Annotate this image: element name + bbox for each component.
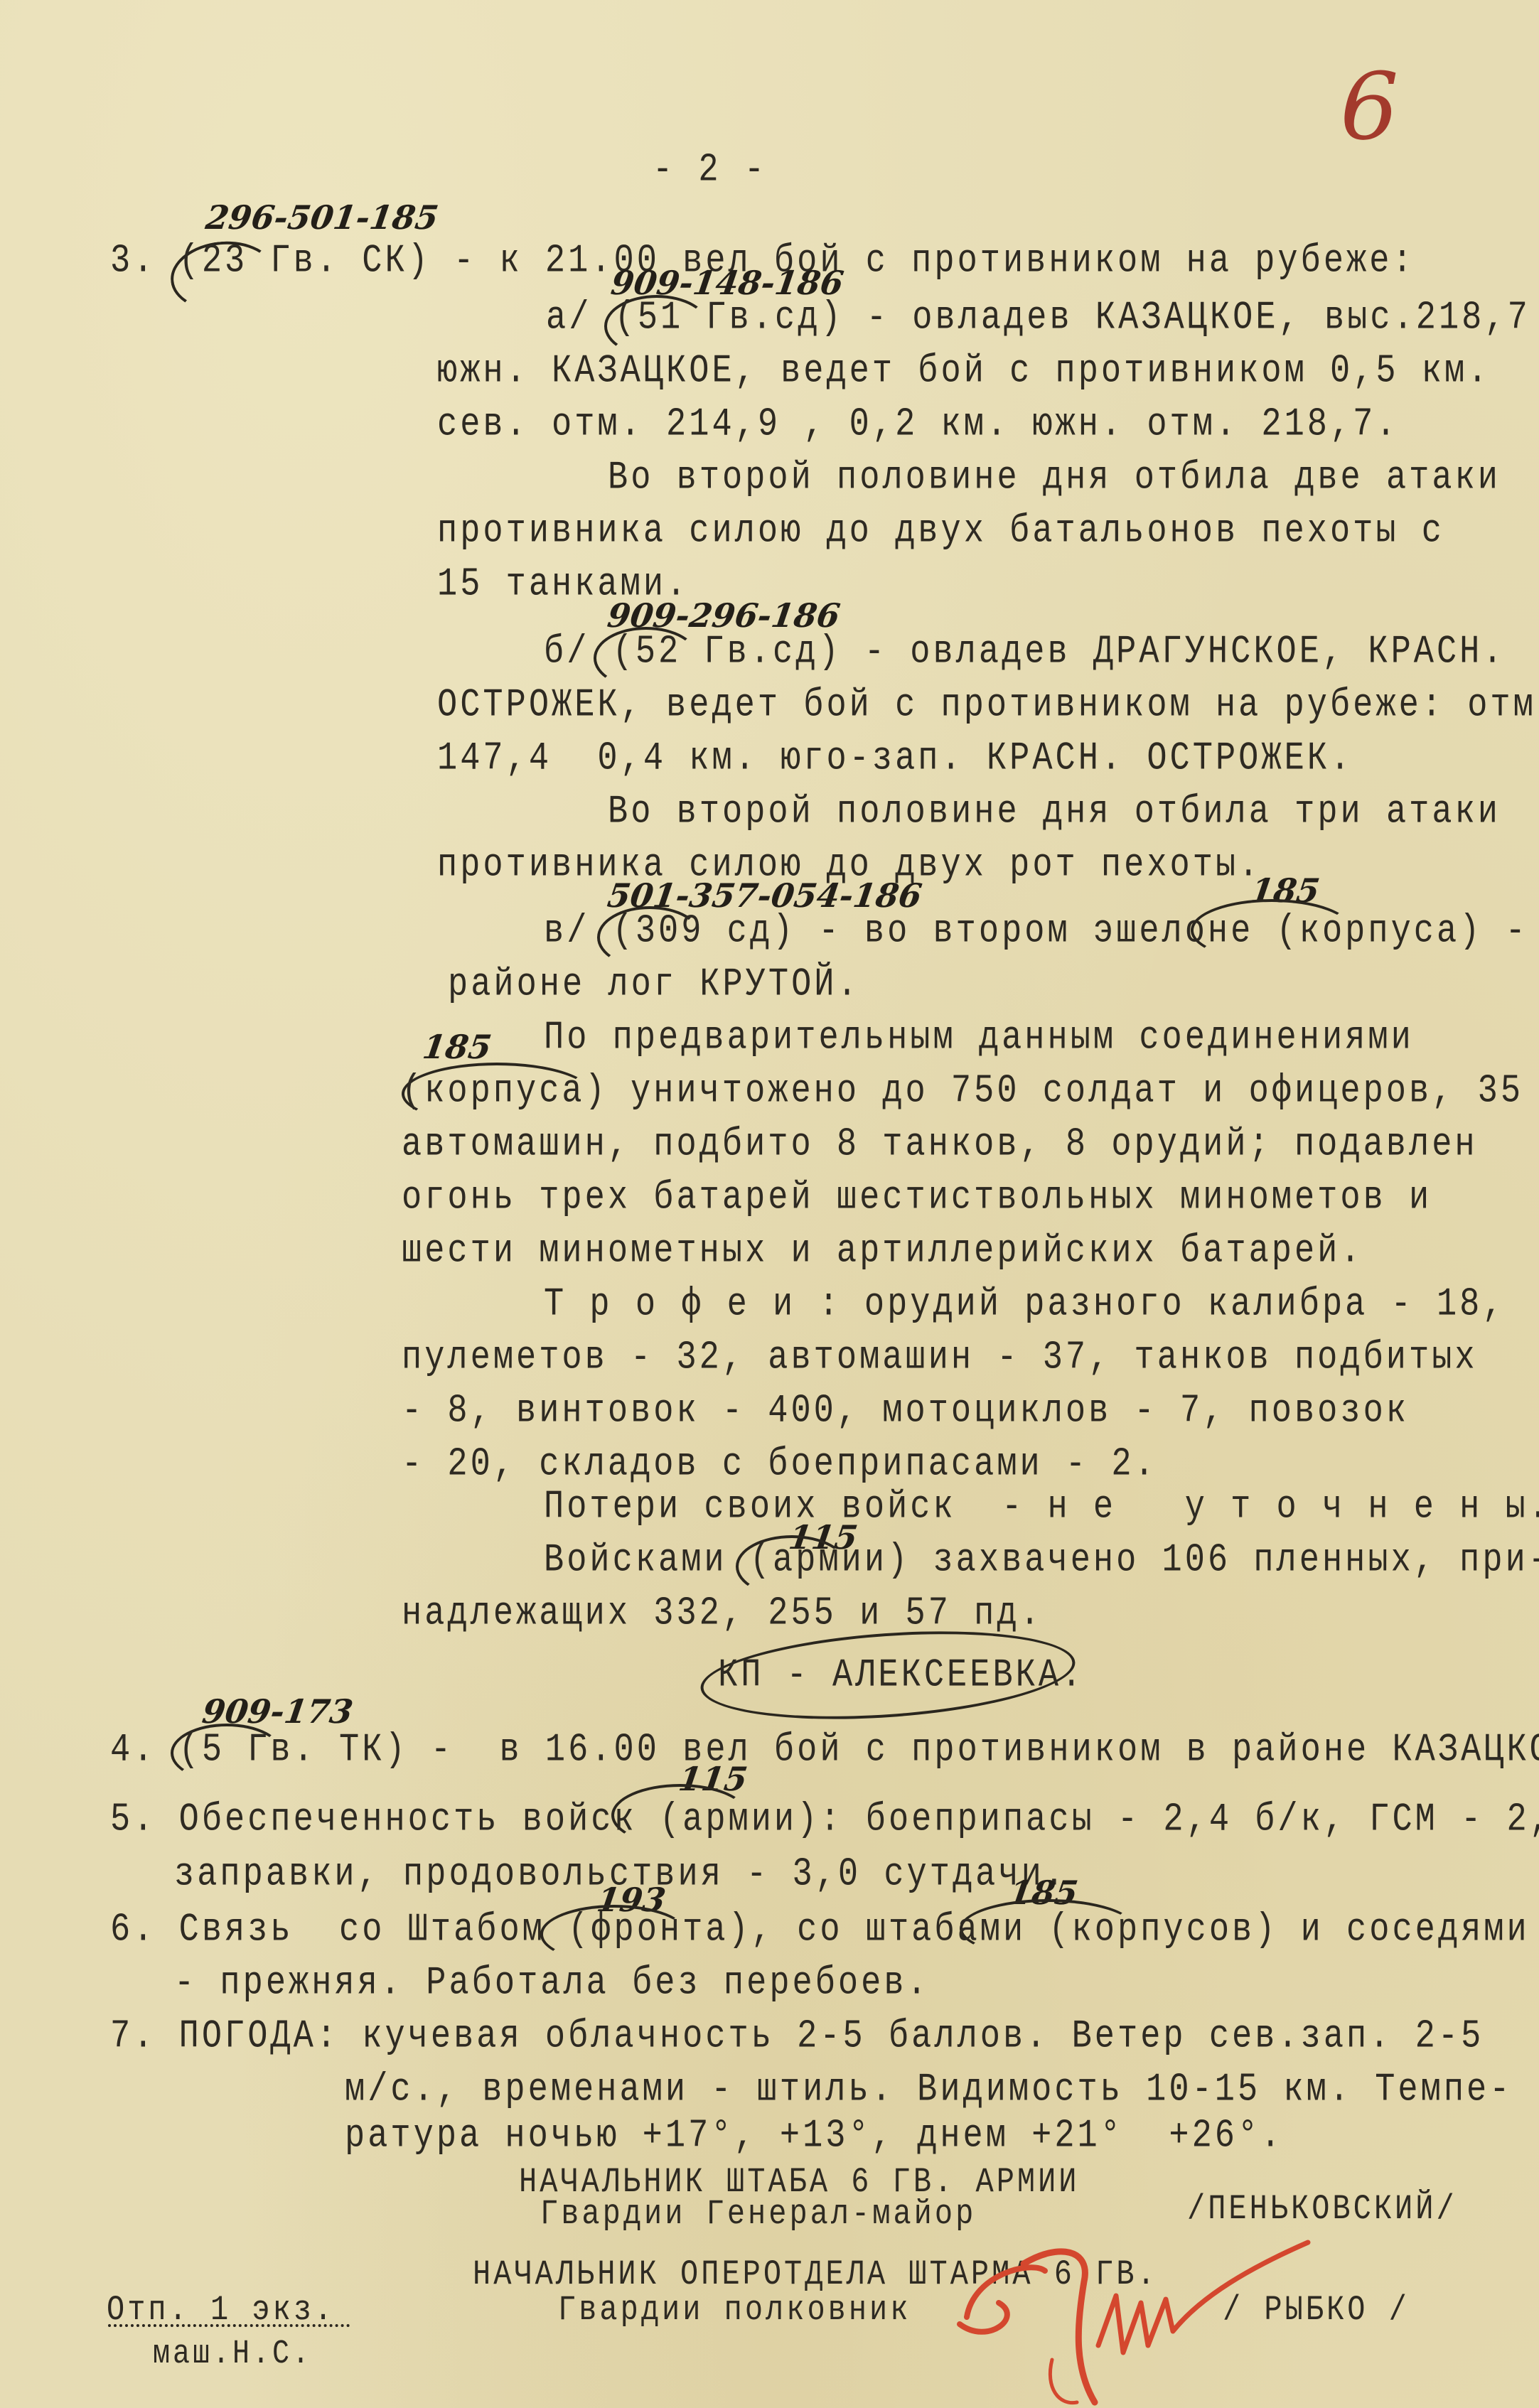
section-3v-line: в/ (309 сд) - во втором эшелоне (корпуса…	[544, 912, 1539, 951]
handwritten-annotation: 185	[421, 1031, 493, 1063]
trophies-line: пулеметов - 32, автомашин - 37, танков п…	[402, 1338, 1478, 1377]
results-line: огонь трех батарей шестиствольных миноме…	[402, 1178, 1432, 1218]
section-3a-line: Во второй половине дня отбила две атаки	[608, 458, 1501, 498]
copies-underline	[108, 2324, 350, 2327]
results-line: (корпуса) уничтожено до 750 солдат и офи…	[402, 1072, 1523, 1111]
section-6-line: - прежняя. Работала без перебоев.	[174, 1964, 930, 2003]
red-ink-signature	[945, 2239, 1344, 2408]
archive-page-number: 6	[1340, 60, 1399, 153]
trophies-line: - 8, винтовок - 400, мотоциклов - 7, пов…	[402, 1392, 1409, 1431]
command-post: КП - АЛЕКСЕЕВКА.	[718, 1656, 1084, 1695]
chief-of-staff-name: /ПЕНЬКОВСКИЙ/	[1187, 2191, 1457, 2227]
section-3a-line: а/ (51 Гв.сд) - овладев КАЗАЦКОЕ, выс.21…	[546, 299, 1530, 338]
prisoners-line: Войсками (армии) захвачено 106 пленных, …	[544, 1541, 1539, 1580]
results-line: По предварительным данным соединениями	[544, 1018, 1414, 1058]
section-7-line: 7. ПОГОДА: кучевая облачность 2-5 баллов…	[110, 2017, 1484, 2056]
section-3a-line: южн. КАЗАЦКОЕ, ведет бой с противником 0…	[437, 352, 1490, 391]
copies-note: Отп. 1 экз.	[107, 2292, 335, 2328]
losses-line: Потери своих войск - н е у т о ч н е н ы…	[544, 1488, 1539, 1527]
section-3b-line: б/ (52 Гв.сд) - овладев ДРАГУНСКОЕ, КРАС…	[544, 633, 1506, 672]
section-3b-line: 147,4 0,4 км. юго-зап. КРАСН. ОСТРОЖЕК.	[437, 739, 1353, 778]
section-5-line: 5. Обеспеченность войск (армии): боеприп…	[110, 1800, 1539, 1839]
section-3a-line: противника силою до двух батальонов пехо…	[437, 512, 1444, 551]
handwritten-annotation: 296-501-185	[204, 201, 441, 234]
section-7-line: м/с., временами - штиль. Видимость 10-15…	[345, 2070, 1512, 2109]
results-line: автомашин, подбито 8 танков, 8 орудий; п…	[402, 1125, 1478, 1164]
trophies-line: - 20, складов с боеприпасами - 2.	[402, 1445, 1157, 1484]
section-6-line: 6. Связь со Штабом (фронта), со штабами …	[110, 1910, 1530, 1950]
section-3a-line: сев. отм. 214,9 , 0,2 км. южн. отм. 218,…	[437, 405, 1399, 444]
page-marker: - 2 -	[653, 151, 767, 190]
section-3v-line: районе лог КРУТОЙ.	[448, 965, 860, 1004]
handwritten-annotation: 909-148-186	[609, 267, 846, 299]
ops-chief-rank: Гвардии полковник	[558, 2292, 911, 2328]
section-4-line: 4. (5 Гв. ТК) - в 16.00 вел бой с против…	[110, 1731, 1539, 1770]
section-7-line: ратура ночью +17°, +13°, днем +21° +26°.	[345, 2117, 1283, 2156]
prisoners-line: надлежащих 332, 255 и 57 пд.	[402, 1594, 1043, 1633]
chief-of-staff-rank: Гвардии Генерал-майор	[540, 2196, 976, 2232]
typist-note: маш.Н.С.	[153, 2338, 312, 2372]
trophies-line: Т р о ф е и : орудий разного калибра - 1…	[544, 1285, 1506, 1324]
section-3b-line: ОСТРОЖЕК, ведет бой с противником на руб…	[437, 686, 1539, 725]
results-line: шести минометных и артиллерийских батаре…	[402, 1232, 1363, 1271]
section-3b-line: Во второй половине дня отбила три атаки	[608, 792, 1501, 832]
